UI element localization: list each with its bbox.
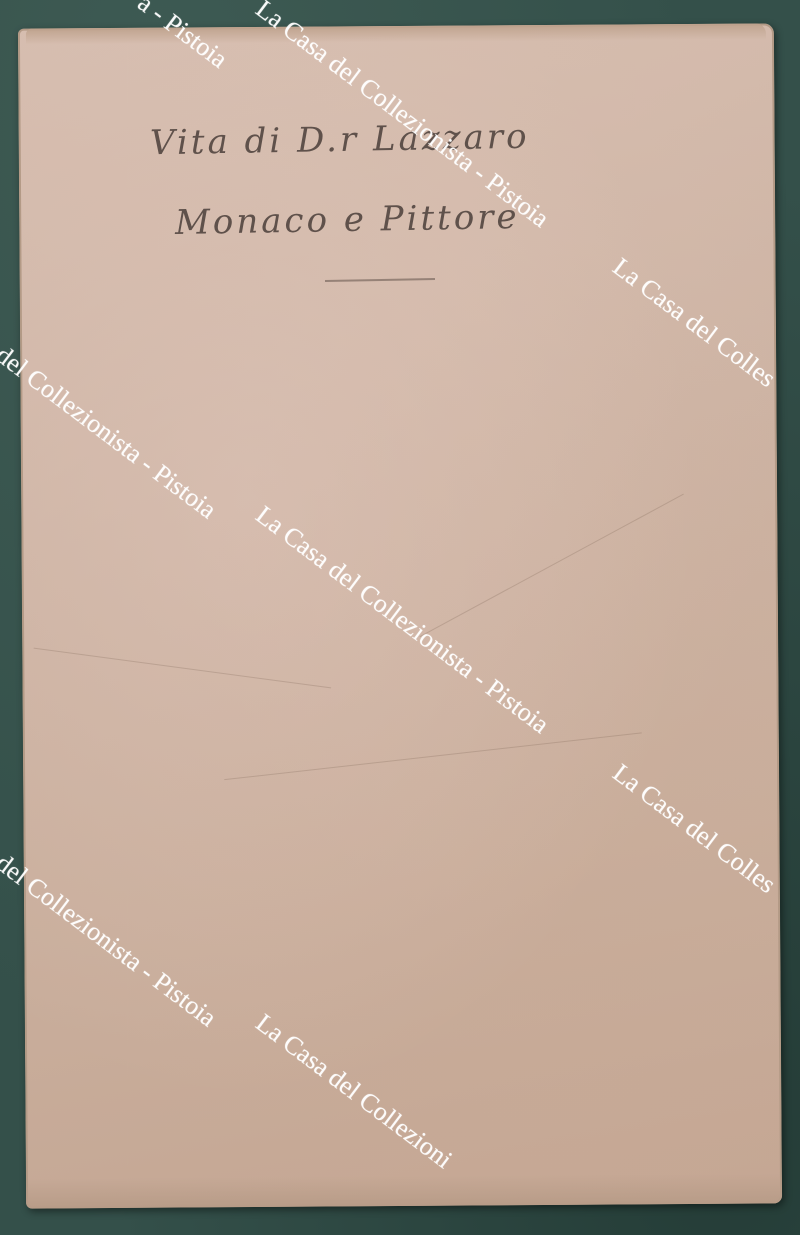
paper-crease [419, 494, 683, 638]
handwritten-title-line-2: Monaco e Pittore [175, 197, 520, 243]
paper-crease [224, 732, 641, 780]
paper-crease [34, 648, 331, 689]
